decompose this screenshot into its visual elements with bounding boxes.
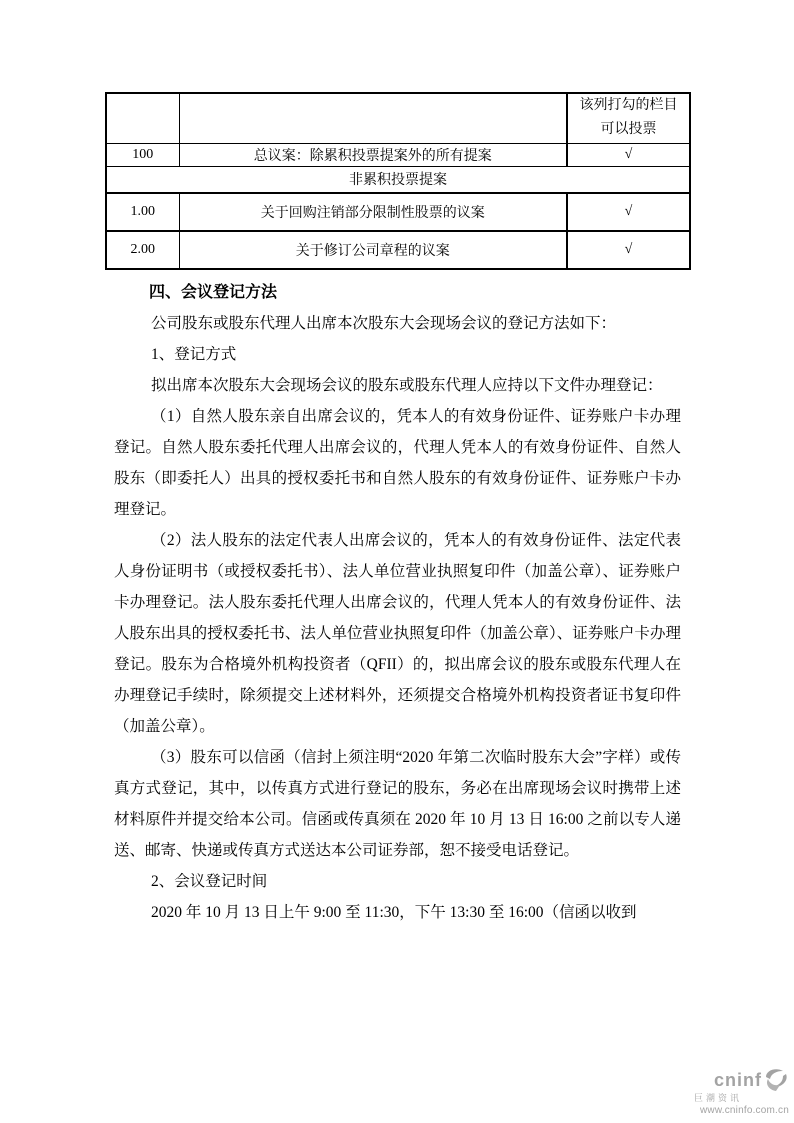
paragraph: 2、会议登记时间 bbox=[114, 866, 681, 897]
cell-checkmark: √ bbox=[567, 193, 690, 231]
section-label: 非累积投票提案 bbox=[106, 166, 690, 193]
cell-proposal-name: 关于修订公司章程的议案 bbox=[179, 231, 567, 269]
header-cell-can-vote: 该列打勾的栏目 可以投票 bbox=[567, 93, 690, 143]
voting-table: 该列打勾的栏目 可以投票 100 总议案：除累积投票提案外的所有提案 √ 非累积… bbox=[105, 92, 691, 270]
header-cell-proposal bbox=[179, 93, 567, 143]
document-page: 该列打勾的栏目 可以投票 100 总议案：除累积投票提案外的所有提案 √ 非累积… bbox=[0, 0, 794, 1123]
cell-proposal-name: 关于回购注销部分限制性股票的议案 bbox=[179, 193, 567, 231]
cninfo-url: www.cninfo.com.cn bbox=[669, 1105, 791, 1116]
paragraph: 公司股东或股东代理人出席本次股东大会现场会议的登记方法如下： bbox=[114, 308, 681, 339]
cell-proposal-name: 总议案：除累积投票提案外的所有提案 bbox=[179, 143, 567, 166]
cninfo-chinese-name: 巨潮资讯 bbox=[669, 1094, 791, 1104]
section-heading: 四、会议登记方法 bbox=[114, 277, 681, 308]
cninfo-watermark-logo: cninf 巨潮资讯 www.cninfo.com.cn bbox=[669, 1067, 791, 1116]
header-can-vote-line1: 该列打勾的栏目 bbox=[570, 94, 687, 118]
cell-proposal-code: 2.00 bbox=[106, 231, 179, 269]
cell-proposal-code: 1.00 bbox=[106, 193, 179, 231]
paragraph: （3）股东可以信函（信封上须注明“2020 年第二次临时股东大会”字样）或传真方… bbox=[114, 742, 681, 866]
cninfo-brand-row: cninf bbox=[669, 1067, 791, 1096]
paragraph: （1）自然人股东亲自出席会议的，凭本人的有效身份证件、证券账户卡办理登记。自然人… bbox=[114, 401, 681, 525]
header-cell-code bbox=[106, 93, 179, 143]
table-row-proposal-1: 1.00 关于回购注销部分限制性股票的议案 √ bbox=[106, 193, 690, 231]
table-row-proposal-2: 2.00 关于修订公司章程的议案 √ bbox=[106, 231, 690, 269]
paragraph: （2）法人股东的法定代表人出席会议的，凭本人的有效身份证件、法定代表人身份证明书… bbox=[114, 525, 681, 742]
paragraph: 拟出席本次股东大会现场会议的股东或股东代理人应持以下文件办理登记： bbox=[114, 370, 681, 401]
paragraph: 1、登记方式 bbox=[114, 339, 681, 370]
table-row-total-proposal: 100 总议案：除累积投票提案外的所有提案 √ bbox=[106, 143, 690, 166]
paragraph: 2020 年 10 月 13 日上午 9:00 至 11:30，下午 13:30… bbox=[114, 897, 681, 928]
document-body: 四、会议登记方法 公司股东或股东代理人出席本次股东大会现场会议的登记方法如下： … bbox=[114, 277, 681, 928]
table-section-row: 非累积投票提案 bbox=[106, 166, 690, 193]
table-header-row: 该列打勾的栏目 可以投票 bbox=[106, 93, 690, 143]
header-can-vote-line2: 可以投票 bbox=[570, 118, 687, 142]
cninfo-brand-text: cninf bbox=[714, 1071, 762, 1091]
cninfo-swirl-icon bbox=[763, 1067, 789, 1096]
cell-proposal-code: 100 bbox=[106, 143, 179, 166]
cell-checkmark: √ bbox=[567, 143, 690, 166]
cell-checkmark: √ bbox=[567, 231, 690, 269]
